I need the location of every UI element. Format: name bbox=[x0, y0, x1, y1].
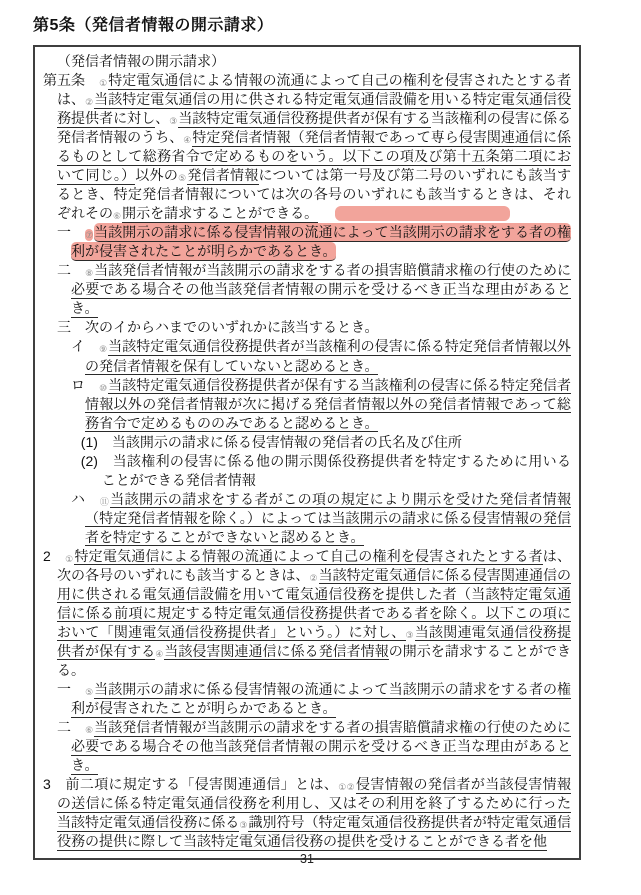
annotation-ref: ① bbox=[65, 554, 73, 564]
article-paragraph: イ ⑨当該特定電気通信役務提供者が当該権利の侵害に係る特定発信者情報以外の発信者… bbox=[43, 337, 571, 375]
article-paragraph: (1) 当該開示の請求に係る侵害情報の発信者の氏名及び住所 bbox=[43, 433, 571, 452]
text-run: 当該開示の請求に係る侵害情報の流通によって当該開示の請求をする者の権利が侵害され… bbox=[71, 681, 571, 718]
text-run: 三 次のイからハまでのいずれかに該当するとき。 bbox=[57, 319, 378, 335]
article-paragraph: 3 前二項に規定する「侵害関連通信」とは、①②侵害情報の発信者が当該侵害情報の送… bbox=[43, 775, 571, 851]
annotation-ref: ①② bbox=[338, 782, 355, 792]
text-run: 当該特定電気通信役務提供者が当該権利の侵害に係る特定発信者情報以外の発信者情報を… bbox=[85, 338, 571, 375]
annotation-ref: ② bbox=[85, 97, 93, 107]
page-title: 第5条（発信者情報の開示請求） bbox=[33, 12, 273, 35]
annotation-ref: ④ bbox=[155, 649, 163, 659]
article-box: （発信者情報の開示請求） 第五条 ①特定電気通信による情報の流通によって自己の権… bbox=[33, 45, 581, 860]
article-paragraph: 一 ⑦当該開示の請求に係る侵害情報の流通によって当該開示の請求をする者の権利が侵… bbox=[43, 223, 571, 261]
page-number: 31 bbox=[33, 852, 581, 866]
text-run: (1) 当該開示の請求に係る侵害情報の発信者の氏名及び住所 bbox=[81, 434, 462, 450]
annotation-ref: ⑦ bbox=[85, 229, 93, 241]
text-run: 当該発信者情報が当該開示の請求をする者の損害賠償請求権の行使のために必要である場… bbox=[71, 262, 571, 318]
text-run: 当該特定電気通信役務提供者が保有する bbox=[178, 110, 430, 128]
text-run: ロ bbox=[71, 377, 99, 393]
text-run: 特定電気通信による情報の流通によって自己の権利を侵害されたとする者 bbox=[74, 548, 542, 566]
annotation-ref: ③ bbox=[239, 820, 247, 830]
annotation-ref: ⑨ bbox=[99, 344, 107, 354]
annotation-ref: ⑤ bbox=[178, 173, 186, 183]
text-run: 二 bbox=[57, 719, 85, 735]
article-paragraph: ハ ⑪当該開示の請求をする者がこの項の規定により開示を受けた発信者情報（特定発信… bbox=[43, 490, 571, 547]
annotation-ref: ③ bbox=[406, 630, 414, 640]
article-paragraph: 二 ⑧当該発信者情報が当該開示の請求をする者の損害賠償請求権の行使のために必要で… bbox=[43, 261, 571, 318]
highlight-marker bbox=[335, 206, 510, 221]
highlight-marker: 当該開示の請求に係る侵害情報の流通によって当該開示の請求をする者の権利が侵害され… bbox=[71, 223, 571, 261]
text-run: 3 前二項に規定する「侵害関連通信」とは、 bbox=[43, 776, 338, 792]
text-run: (2) 当該権利の侵害に係る他の開示関係役務提供者を特定するために用いることがで… bbox=[81, 453, 571, 488]
text-run: 当該開示の請求をする者がこの項の規定により開示を受けた発信者情報（特定発信者情報… bbox=[85, 491, 571, 547]
text-run: 2 bbox=[43, 548, 65, 564]
text-run: 二 bbox=[57, 262, 85, 278]
article-paragraph: (2) 当該権利の侵害に係る他の開示関係役務提供者を特定するために用いることがで… bbox=[43, 452, 571, 490]
annotation-ref: ① bbox=[99, 78, 107, 88]
annotation-ref: ③ bbox=[169, 116, 177, 126]
text-run: 以外の bbox=[135, 167, 178, 183]
text-run: 開示を請求することができる。 bbox=[122, 205, 318, 223]
text-run: は、 bbox=[57, 91, 85, 107]
article-body: 第五条 ①特定電気通信による情報の流通によって自己の権利を侵害されたとする者は、… bbox=[43, 71, 571, 851]
text-run: イ bbox=[71, 338, 99, 354]
text-run: 当該特定電気通信役務提供者が保有する当該権利の侵害に係る特定発信者情報以外の発信… bbox=[85, 377, 571, 433]
article-heading: （発信者情報の開示請求） bbox=[43, 52, 571, 71]
article-paragraph: 2 ①特定電気通信による情報の流通によって自己の権利を侵害されたとする者は、次の… bbox=[43, 547, 571, 680]
annotation-ref: ⑥ bbox=[113, 211, 121, 221]
article-paragraph: 第五条 ①特定電気通信による情報の流通によって自己の権利を侵害されたとする者は、… bbox=[43, 71, 571, 223]
annotation-ref: ⑧ bbox=[85, 268, 93, 278]
annotation-ref: ⑩ bbox=[99, 383, 107, 393]
text-run: 一 bbox=[57, 681, 85, 697]
text-run: 当該発信者情報が当該開示の請求をする者の損害賠償請求権の行使のために必要である場… bbox=[71, 719, 571, 775]
article-paragraph: 一 ⑤当該開示の請求に係る侵害情報の流通によって当該開示の請求をする者の権利が侵… bbox=[43, 680, 571, 718]
annotation-ref: ⑤ bbox=[85, 687, 93, 697]
text-run: 一 bbox=[57, 224, 85, 240]
annotation-ref: ⑪ bbox=[100, 497, 109, 507]
article-paragraph: 二 ⑥当該発信者情報が当該開示の請求をする者の損害賠償請求権の行使のために必要で… bbox=[43, 718, 571, 775]
text-run: 、 bbox=[155, 110, 169, 126]
text-run: 発信者情報 bbox=[187, 167, 258, 185]
text-run: 特定電気通信による情報の流通によって自己の権利を侵害されたとする者 bbox=[108, 72, 571, 90]
text-run: 当該侵害関連通信に係る発信者情報 bbox=[164, 643, 388, 661]
annotation-ref: ⑥ bbox=[85, 725, 93, 735]
text-run: 第五条 bbox=[43, 72, 99, 88]
text-run: ハ bbox=[71, 491, 100, 507]
article-paragraph: ロ ⑩当該特定電気通信役務提供者が保有する当該権利の侵害に係る特定発信者情報以外… bbox=[43, 376, 571, 433]
annotation-ref: ④ bbox=[183, 135, 191, 145]
annotation-ref: ② bbox=[309, 573, 317, 583]
article-paragraph: 三 次のイからハまでのいずれかに該当するとき。 bbox=[43, 318, 571, 337]
